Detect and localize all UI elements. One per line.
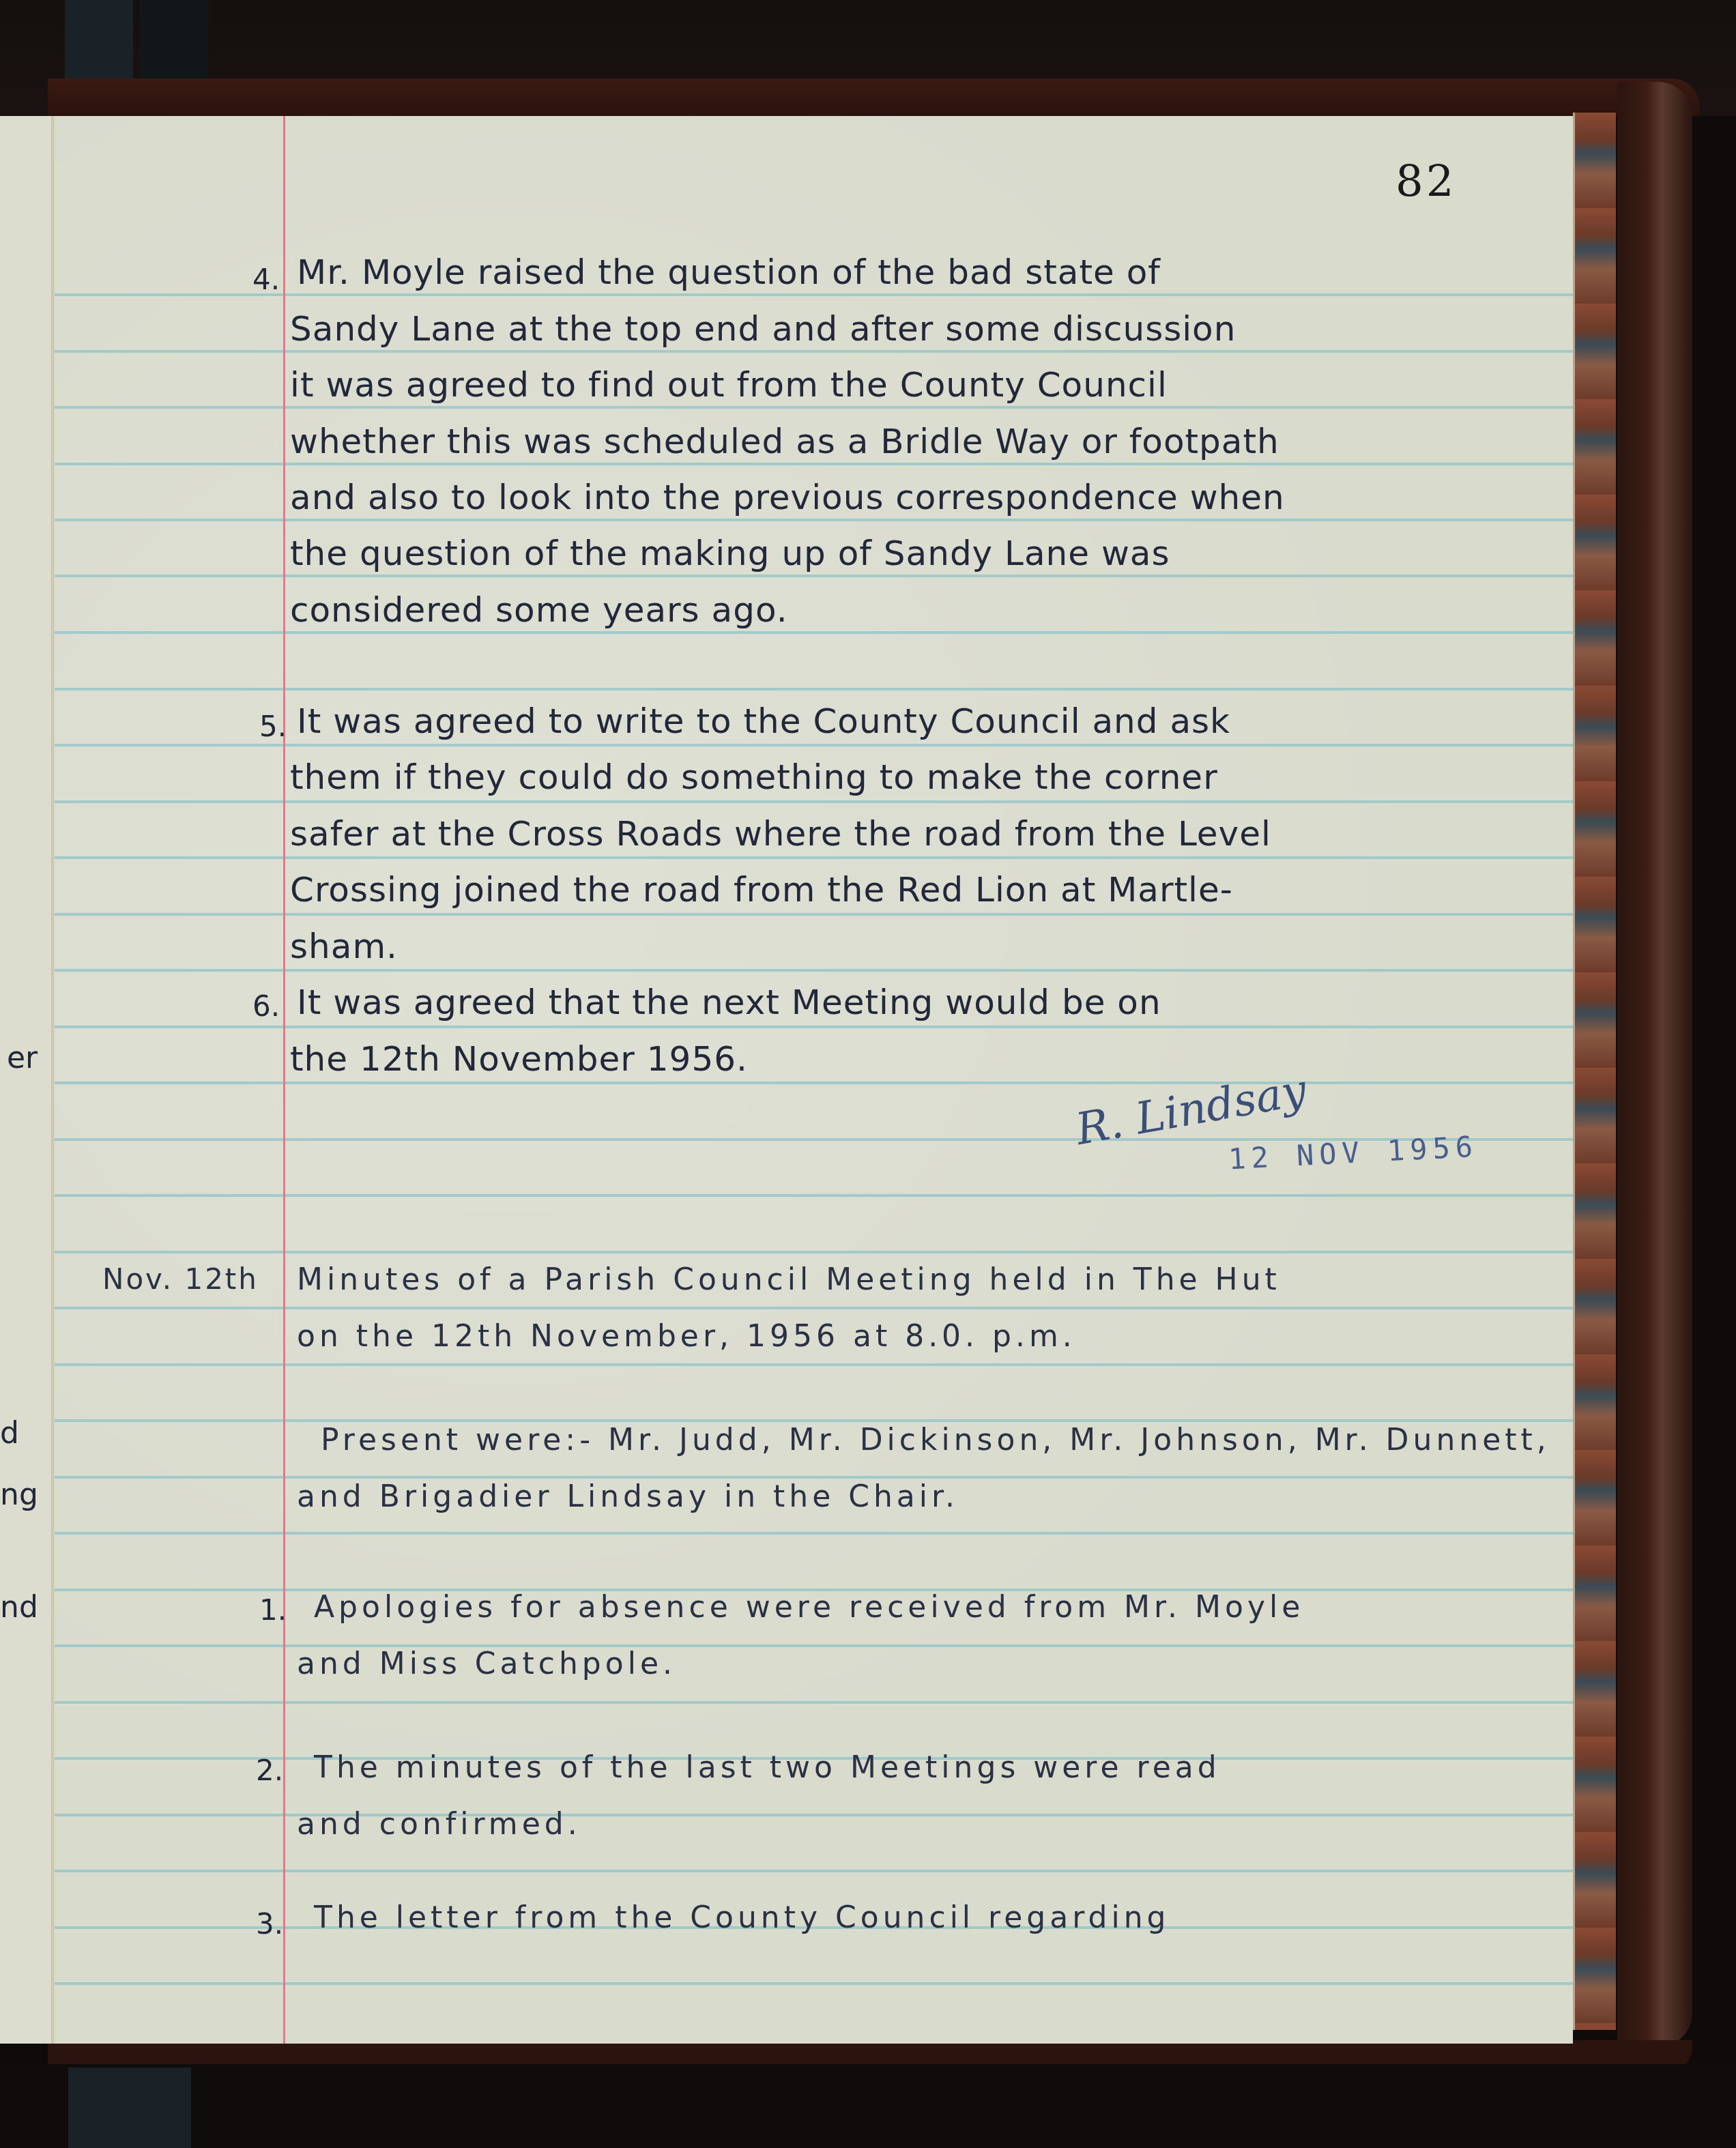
- ruled-line: [55, 913, 1573, 916]
- left-page-fragment: nd: [0, 1590, 38, 1625]
- minutes-line: considered some years ago.: [290, 590, 788, 630]
- ruled-line: [55, 1194, 1573, 1197]
- ruled-line: [55, 631, 1573, 634]
- present-line: Present were:- Mr. Judd, Mr. Dickinson, …: [321, 1423, 1550, 1457]
- left-page-sliver: er d ng nd: [0, 116, 53, 2044]
- minutes-line: The letter from the County Council regar…: [314, 1900, 1170, 1935]
- present-line: and Brigadier Lindsay in the Chair.: [297, 1479, 959, 1514]
- minutes-line: It was agreed that the next Meeting woul…: [297, 983, 1161, 1022]
- minutes-line: sham.: [290, 927, 398, 966]
- ruled-line: [55, 1982, 1573, 1985]
- ruled-line: [55, 406, 1573, 409]
- left-page-fragment: ng: [0, 1477, 38, 1512]
- ruled-line: [55, 800, 1573, 803]
- minutes-line: the 12th November 1956.: [290, 1039, 748, 1079]
- minutes-line: and confirmed.: [297, 1807, 581, 1842]
- ruled-line: [55, 1476, 1573, 1479]
- ruled-line: [55, 1251, 1573, 1253]
- minutes-heading-line: Minutes of a Parish Council Meeting held…: [297, 1262, 1281, 1297]
- marbled-page-edges: [1573, 113, 1616, 2030]
- minutes-line: and also to look into the previous corre…: [290, 478, 1285, 517]
- page-number: 82: [1395, 157, 1456, 207]
- item-number: 5.: [259, 710, 287, 743]
- minutes-line: The minutes of the last two Meetings wer…: [314, 1750, 1221, 1785]
- minutes-line: It was agreed to write to the County Cou…: [297, 701, 1230, 741]
- item-number: 4.: [252, 263, 280, 296]
- ruled-line: [55, 293, 1573, 296]
- ruled-line: [55, 1532, 1573, 1535]
- item-number: 6.: [252, 989, 280, 1023]
- minutes-line: and Miss Catchpole.: [297, 1646, 676, 1681]
- item-number: 1.: [259, 1593, 287, 1627]
- ruled-line: [55, 856, 1573, 859]
- ruled-line: [55, 969, 1573, 972]
- ruled-line: [55, 1307, 1573, 1309]
- book-cover-bottom: [0, 2064, 1736, 2148]
- ruled-line: [55, 1082, 1573, 1084]
- minutes-line: Apologies for absence were received from…: [314, 1590, 1304, 1625]
- signature-date: 12 NOV 1956: [1228, 1129, 1479, 1176]
- ruled-line: [55, 1363, 1573, 1366]
- ruled-line: [55, 350, 1573, 353]
- red-margin-line: [283, 116, 285, 2044]
- ruled-line: [55, 463, 1573, 465]
- minutes-line: Sandy Lane at the top end and after some…: [290, 309, 1236, 349]
- book-spine-shadow: [140, 0, 208, 82]
- left-page-fragment: er: [7, 1041, 38, 1075]
- minutes-line: the question of the making up of Sandy L…: [290, 534, 1170, 573]
- minutes-line: safer at the Cross Roads where the road …: [290, 814, 1271, 854]
- minutes-line: Crossing joined the road from the Red Li…: [290, 870, 1233, 910]
- minutes-line: whether this was scheduled as a Bridle W…: [290, 422, 1279, 461]
- ruled-line: [55, 1419, 1573, 1422]
- minutes-line: Mr. Moyle raised the question of the bad…: [297, 252, 1161, 292]
- margin-date: Nov. 12th: [102, 1262, 259, 1296]
- minutes-line: it was agreed to find out from the Count…: [290, 365, 1168, 405]
- ruled-line: [55, 519, 1573, 521]
- minutes-heading-line: on the 12th November, 1956 at 8.0. p.m.: [297, 1319, 1076, 1354]
- cover-edge-right: [1617, 82, 1692, 2047]
- ruled-line: [55, 688, 1573, 691]
- item-number: 3.: [256, 1907, 283, 1941]
- ruled-line: [55, 1814, 1573, 1816]
- ruled-line: [55, 1701, 1573, 1704]
- minute-book-page: 82 4. Mr. Moyle raised the question of t…: [55, 116, 1573, 2044]
- minutes-line: them if they could do something to make …: [290, 757, 1218, 797]
- book-spine-bottom: [68, 2067, 191, 2148]
- ruled-line: [55, 1026, 1573, 1028]
- cover-edge-top: [48, 78, 1699, 116]
- ruled-line: [55, 1644, 1573, 1647]
- ruled-line: [55, 744, 1573, 746]
- left-page-fragment: d: [0, 1416, 19, 1451]
- item-number: 2.: [256, 1754, 283, 1787]
- ruled-line: [55, 1870, 1573, 1872]
- ruled-line: [55, 575, 1573, 577]
